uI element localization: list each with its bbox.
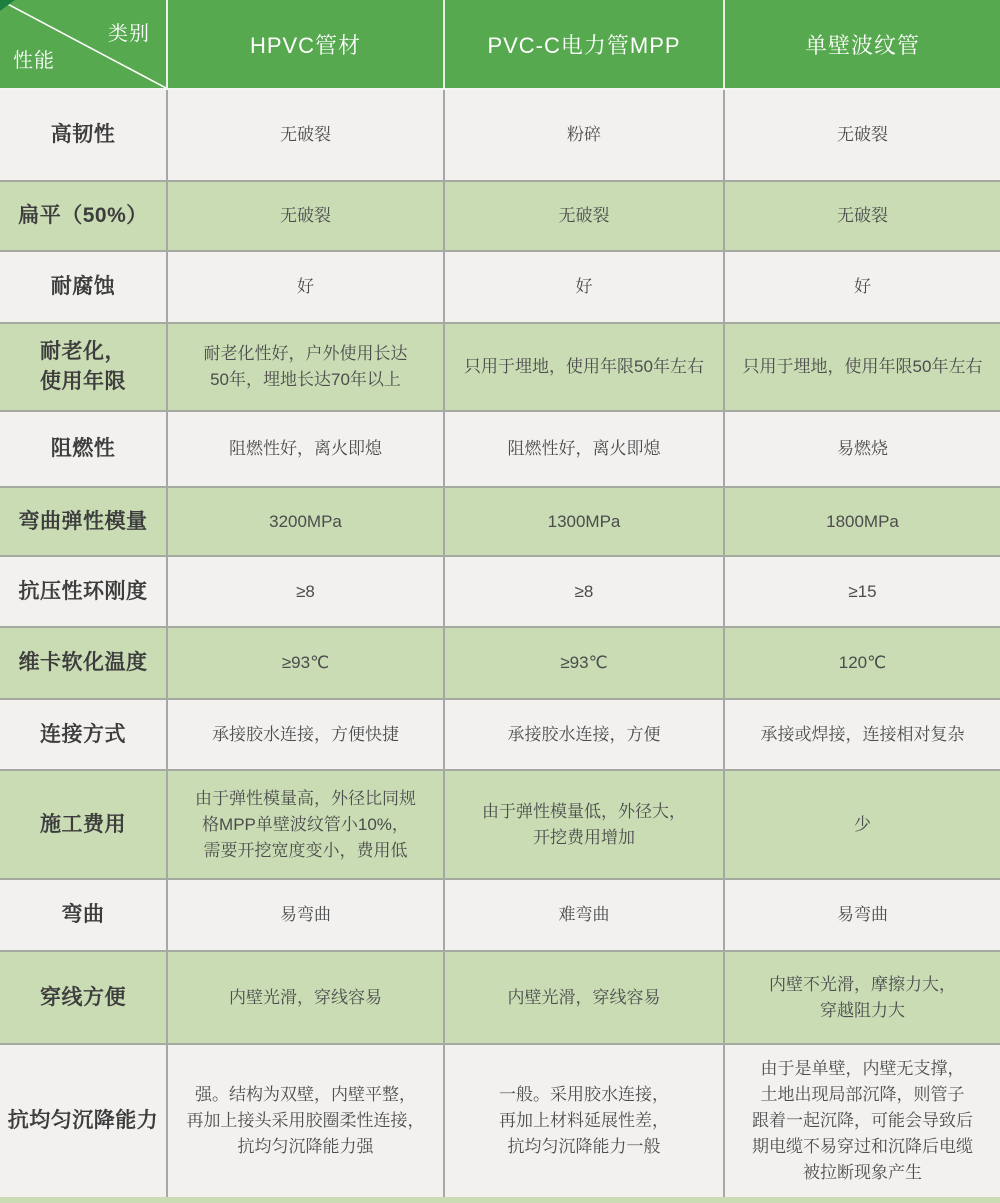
column-header: 单壁波纹管 [725,0,1000,88]
table-row: 连接方式承接胶水连接，方便快捷承接胶水连接，方便承接或焊接，连接相对复杂 [0,698,1000,769]
row-label-cell: 弯曲 [0,880,168,950]
table-row: 弯曲易弯曲难弯曲易弯曲 [0,878,1000,950]
comparison-table: 类别 性能 HPVC管材PVC-C电力管MPP单壁波纹管 高韧性无破裂粉碎无破裂… [0,0,1000,1203]
data-cell: 3200MPa [168,488,445,555]
data-cell: ≥8 [168,557,445,626]
table-row: 施工费用由于弹性模量高，外径比同规 格MPP单壁波纹管小10%， 需要开挖宽度变… [0,769,1000,878]
row-label-cell: 阻燃性 [0,412,168,486]
row-label-cell: 抗压性环刚度 [0,557,168,626]
table-header-row: 类别 性能 HPVC管材PVC-C电力管MPP单壁波纹管 [0,0,1000,88]
data-cell: 易弯曲 [168,880,445,950]
data-cell: 内壁不光滑，摩擦力大， 穿越阻力大 [725,952,1000,1043]
data-cell: 少 [725,771,1000,878]
data-cell: 易燃烧 [725,412,1000,486]
data-cell: 内壁光滑，穿线容易 [445,952,725,1043]
data-cell: 无破裂 [168,182,445,250]
row-label-cell: 扁平（50%） [0,182,168,250]
data-cell: ≥8 [445,557,725,626]
table-row: 高韧性无破裂粉碎无破裂 [0,88,1000,180]
bottom-green-strip [0,1197,1000,1203]
data-cell: 好 [725,252,1000,322]
data-cell: 只用于埋地，使用年限50年左右 [725,324,1000,410]
data-cell: 承接或焊接，连接相对复杂 [725,700,1000,769]
table-row: 弯曲弹性模量3200MPa1300MPa1800MPa [0,486,1000,555]
data-cell: 内壁光滑，穿线容易 [168,952,445,1043]
table-row: 耐腐蚀好好好 [0,250,1000,322]
row-label-cell: 施工费用 [0,771,168,878]
row-label-cell: 耐腐蚀 [0,252,168,322]
data-cell: 由于弹性模量低，外径大， 开挖费用增加 [445,771,725,878]
data-cell: 无破裂 [725,182,1000,250]
data-cell: 一般。采用胶水连接， 再加上材料延展性差， 抗均匀沉降能力一般 [445,1045,725,1197]
row-label-cell: 弯曲弹性模量 [0,488,168,555]
row-label-cell: 抗均匀沉降能力 [0,1045,168,1197]
data-cell: 阻燃性好，离火即熄 [168,412,445,486]
column-header: HPVC管材 [168,0,445,88]
column-header: PVC-C电力管MPP [445,0,725,88]
data-cell: 难弯曲 [445,880,725,950]
row-label-cell: 耐老化， 使用年限 [0,324,168,410]
data-cell: ≥93℃ [168,628,445,698]
row-label-cell: 穿线方便 [0,952,168,1043]
data-cell: 无破裂 [725,90,1000,180]
data-cell: 耐老化性好，户外使用长达 50年，埋地长达70年以上 [168,324,445,410]
data-cell: 好 [168,252,445,322]
data-cell: 无破裂 [168,90,445,180]
data-cell: 承接胶水连接，方便 [445,700,725,769]
table-row: 抗压性环刚度≥8≥8≥15 [0,555,1000,626]
data-cell: 强。结构为双壁，内壁平整， 再加上接头采用胶圈柔性连接， 抗均匀沉降能力强 [168,1045,445,1197]
data-cell: 无破裂 [445,182,725,250]
data-cell: 120℃ [725,628,1000,698]
data-cell: 承接胶水连接，方便快捷 [168,700,445,769]
data-cell: 好 [445,252,725,322]
data-cell: 粉碎 [445,90,725,180]
data-cell: 只用于埋地，使用年限50年左右 [445,324,725,410]
table-row: 抗均匀沉降能力强。结构为双壁，内壁平整， 再加上接头采用胶圈柔性连接， 抗均匀沉… [0,1043,1000,1197]
table-row: 阻燃性阻燃性好，离火即熄阻燃性好，离火即熄易燃烧 [0,410,1000,486]
row-label-cell: 高韧性 [0,90,168,180]
data-cell: 由于是单壁，内壁无支撑， 土地出现局部沉降，则管子 跟着一起沉降，可能会导致后 … [725,1045,1000,1197]
table-row: 耐老化， 使用年限耐老化性好，户外使用长达 50年，埋地长达70年以上只用于埋地… [0,322,1000,410]
data-cell: 阻燃性好，离火即熄 [445,412,725,486]
table-row: 穿线方便内壁光滑，穿线容易内壁光滑，穿线容易内壁不光滑，摩擦力大， 穿越阻力大 [0,950,1000,1043]
corner-cell: 类别 性能 [0,0,168,88]
table-row: 扁平（50%）无破裂无破裂无破裂 [0,180,1000,250]
data-cell: 易弯曲 [725,880,1000,950]
data-cell: 由于弹性模量高，外径比同规 格MPP单壁波纹管小10%， 需要开挖宽度变小，费用… [168,771,445,878]
data-cell: 1800MPa [725,488,1000,555]
table-row: 维卡软化温度≥93℃≥93℃120℃ [0,626,1000,698]
row-label-cell: 连接方式 [0,700,168,769]
data-cell: ≥15 [725,557,1000,626]
row-label-cell: 维卡软化温度 [0,628,168,698]
corner-accent-triangle [0,0,15,11]
corner-label-property: 性能 [13,44,55,73]
data-cell: ≥93℃ [445,628,725,698]
data-cell: 1300MPa [445,488,725,555]
corner-label-category: 类别 [108,17,150,46]
